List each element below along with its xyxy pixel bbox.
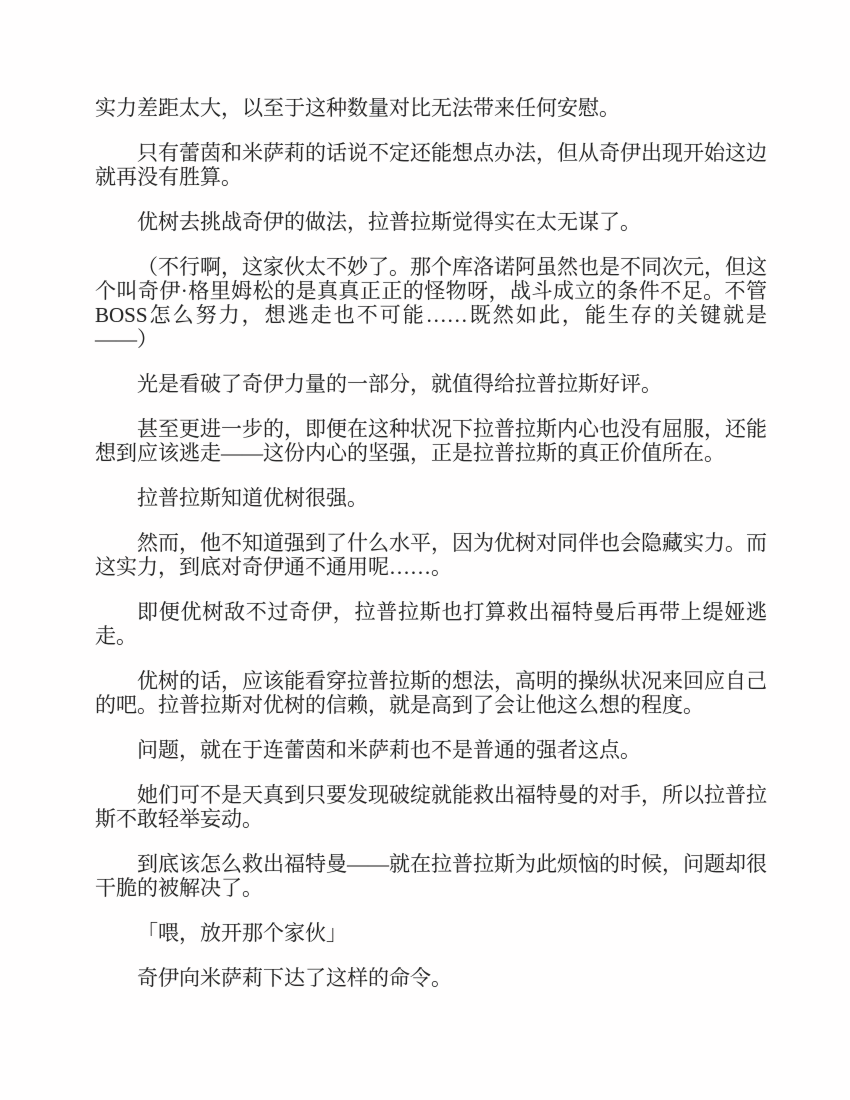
page-text: 实力差距太大，以至于这种数量对比无法带来任何安慰。只有蕾茵和米萨莉的话说不定还能… [95, 96, 767, 990]
paragraph: 奇伊向米萨莉下达了这样的命令。 [95, 966, 767, 990]
paragraph: 「喂，放开那个家伙」 [95, 921, 767, 945]
paragraph: 优树的话，应该能看穿拉普拉斯的想法，高明的操纵状况来回应自己的吧。拉普拉斯对优树… [95, 669, 767, 717]
paragraph: 优树去挑战奇伊的做法，拉普拉斯觉得实在太无谋了。 [95, 210, 767, 234]
paragraph: 到底该怎么救出福特曼——就在拉普拉斯为此烦恼的时候，问题却很干脆的被解决了。 [95, 852, 767, 900]
paragraph: 甚至更进一步的，即便在这种状况下拉普拉斯内心也没有屈服，还能想到应该逃走——这份… [95, 417, 767, 465]
paragraph: 实力差距太大，以至于这种数量对比无法带来任何安慰。 [95, 96, 767, 120]
paragraph: （不行啊，这家伙太不妙了。那个库洛诺阿虽然也是不同次元，但这个叫奇伊·格里姆松的… [95, 255, 767, 351]
paragraph: 只有蕾茵和米萨莉的话说不定还能想点办法，但从奇伊出现开始这边就再没有胜算。 [95, 141, 767, 189]
paragraph: 光是看破了奇伊力量的一部分，就值得给拉普拉斯好评。 [95, 372, 767, 396]
paragraph: 即便优树敌不过奇伊，拉普拉斯也打算救出福特曼后再带上缇娅逃走。 [95, 600, 767, 648]
paragraph: 问题，就在于连蕾茵和米萨莉也不是普通的强者这点。 [95, 738, 767, 762]
paragraph: 然而，他不知道强到了什么水平，因为优树对同伴也会隐藏实力。而这实力，到底对奇伊通… [95, 531, 767, 579]
document-page: 实力差距太大，以至于这种数量对比无法带来任何安慰。只有蕾茵和米萨莉的话说不定还能… [0, 0, 850, 1100]
paragraph: 她们可不是天真到只要发现破绽就能救出福特曼的对手，所以拉普拉斯不敢轻举妄动。 [95, 783, 767, 831]
paragraph: 拉普拉斯知道优树很强。 [95, 486, 767, 510]
